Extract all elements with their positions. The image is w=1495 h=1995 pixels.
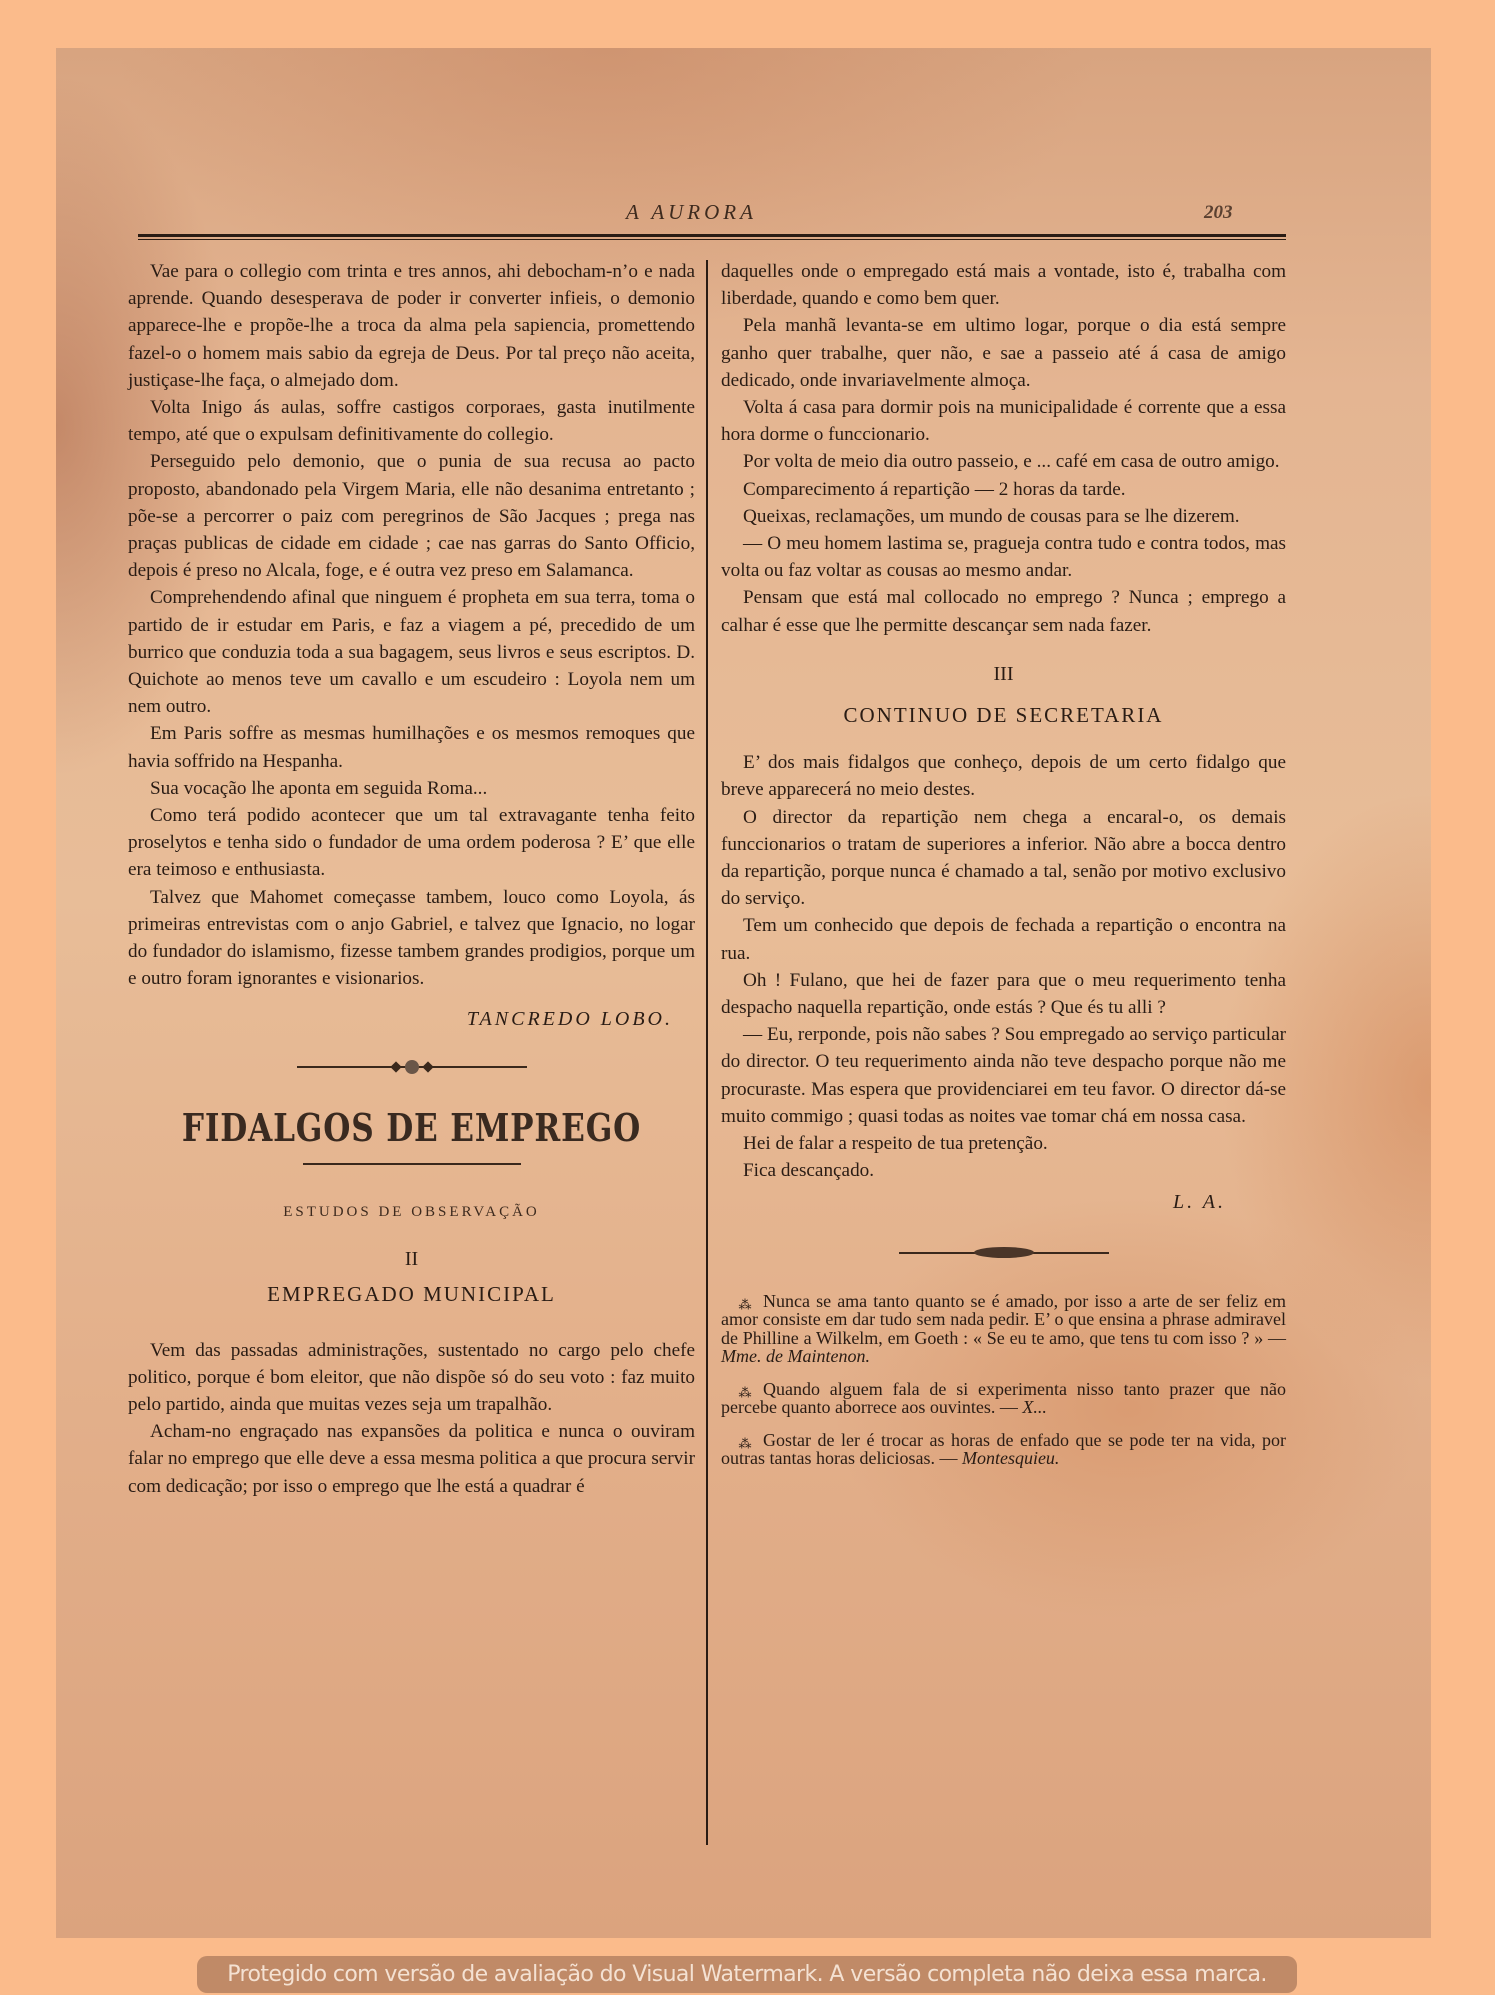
diamond-ornament-icon (390, 1061, 401, 1072)
paragraph: Pensam que está mal collocado no emprego… (721, 584, 1286, 638)
dot-ornament-icon (405, 1060, 419, 1074)
diamond-ornament-icon (422, 1061, 433, 1072)
running-head: A AURORA 203 (56, 198, 1431, 238)
paragraph: Comparecimento á repartição — 2 horas da… (721, 476, 1286, 503)
paragraph: Em Paris soffre as mesmas humilhações e … (128, 720, 695, 774)
paragraph: Pela manhã levanta-se em ultimo logar, p… (721, 312, 1286, 394)
asterism-icon: ⁂ (733, 1300, 757, 1310)
paragraph: E’ dos mais fidalgos que conheço, depois… (721, 749, 1286, 803)
maxim: ⁂Nunca se ama tanto quanto se é amado, p… (721, 1292, 1286, 1366)
paragraph: Por volta de meio dia outro passeio, e .… (721, 448, 1286, 475)
paragraph: Hei de falar a respeito de tua pretenção… (721, 1130, 1286, 1157)
asterism-icon: ⁂ (733, 1388, 757, 1398)
part-number: II (128, 1246, 695, 1273)
maxim-author: X... (1022, 1397, 1047, 1417)
section-title: FIDALGOS DE EMPREGO (179, 1114, 644, 1141)
paragraph: Volta á casa para dormir pois na municip… (721, 394, 1286, 448)
right-column: daquelles onde o empregado está mais a v… (721, 258, 1286, 1482)
paragraph: Volta Inigo ás aulas, soffre castigos co… (128, 394, 695, 448)
newspaper-page: A AURORA 203 Vae para o collegio com tri… (56, 48, 1431, 1938)
paragraph: Acham-no engraçado nas expansões da poli… (128, 1418, 695, 1500)
flourish-ornament-icon (974, 1247, 1034, 1258)
paragraph: Tem um conhecido que depois de fechada a… (721, 912, 1286, 966)
paragraph: — O meu homem lastima se, pragueja contr… (721, 530, 1286, 584)
author-signature: L. A. (721, 1189, 1286, 1216)
maxim: ⁂Quando alguem fala de si experimenta ni… (721, 1380, 1286, 1417)
maxim-author: Mme. de Maintenon. (721, 1346, 870, 1366)
paragraph: — Eu, rerponde, pois não sabes ? Sou emp… (721, 1021, 1286, 1130)
part-number: III (721, 661, 1286, 688)
column-divider (706, 260, 708, 1845)
section-subtitle: ESTUDOS DE OBSERVAÇÃO (128, 1199, 695, 1226)
ornament-divider (297, 1056, 527, 1078)
paragraph: Perseguido pelo demonio, que o punia de … (128, 448, 695, 584)
page-number: 203 (1204, 202, 1233, 224)
flourish-divider (899, 1246, 1109, 1260)
title-rule (303, 1163, 521, 1165)
asterism-icon: ⁂ (733, 1439, 757, 1449)
left-column: Vae para o collegio com trinta e tres an… (128, 258, 695, 1500)
maxim-text: Nunca se ama tanto quanto se é amado, po… (721, 1291, 1286, 1348)
paragraph: Vae para o collegio com trinta e tres an… (128, 258, 695, 394)
maxim-author: Montesquieu. (962, 1448, 1059, 1468)
part-title: CONTINUO DE SECRETARIA (721, 702, 1286, 729)
author-signature: TANCREDO LOBO. (128, 1006, 695, 1033)
maxim: ⁂Gostar de ler é trocar as horas de enfa… (721, 1431, 1286, 1468)
paragraph: Queixas, reclamações, um mundo de cousas… (721, 503, 1286, 530)
running-title: A AURORA (626, 200, 757, 225)
paragraph: Oh ! Fulano, que hei de fazer para que o… (721, 967, 1286, 1021)
paragraph: Talvez que Mahomet começasse tambem, lou… (128, 884, 695, 993)
paragraph: Vem das passadas administrações, sustent… (128, 1337, 695, 1419)
paragraph: Sua vocação lhe aponta em seguida Roma..… (128, 775, 695, 802)
paragraph: O director da repartição nem chega a enc… (721, 804, 1286, 913)
evaluation-watermark-banner: Protegido com versão de avaliação do Vis… (197, 1956, 1297, 1993)
paragraph: Comprehendendo afinal que ninguem é prop… (128, 584, 695, 720)
maxim-text: Quando alguem fala de si experimenta nis… (721, 1379, 1286, 1418)
header-rule (138, 234, 1286, 240)
paragraph: daquelles onde o empregado está mais a v… (721, 258, 1286, 312)
part-title: EMPREGADO MUNICIPAL (128, 1281, 695, 1308)
paragraph: Como terá podido acontecer que um tal ex… (128, 802, 695, 884)
paragraph: Fica descançado. (721, 1157, 1286, 1184)
